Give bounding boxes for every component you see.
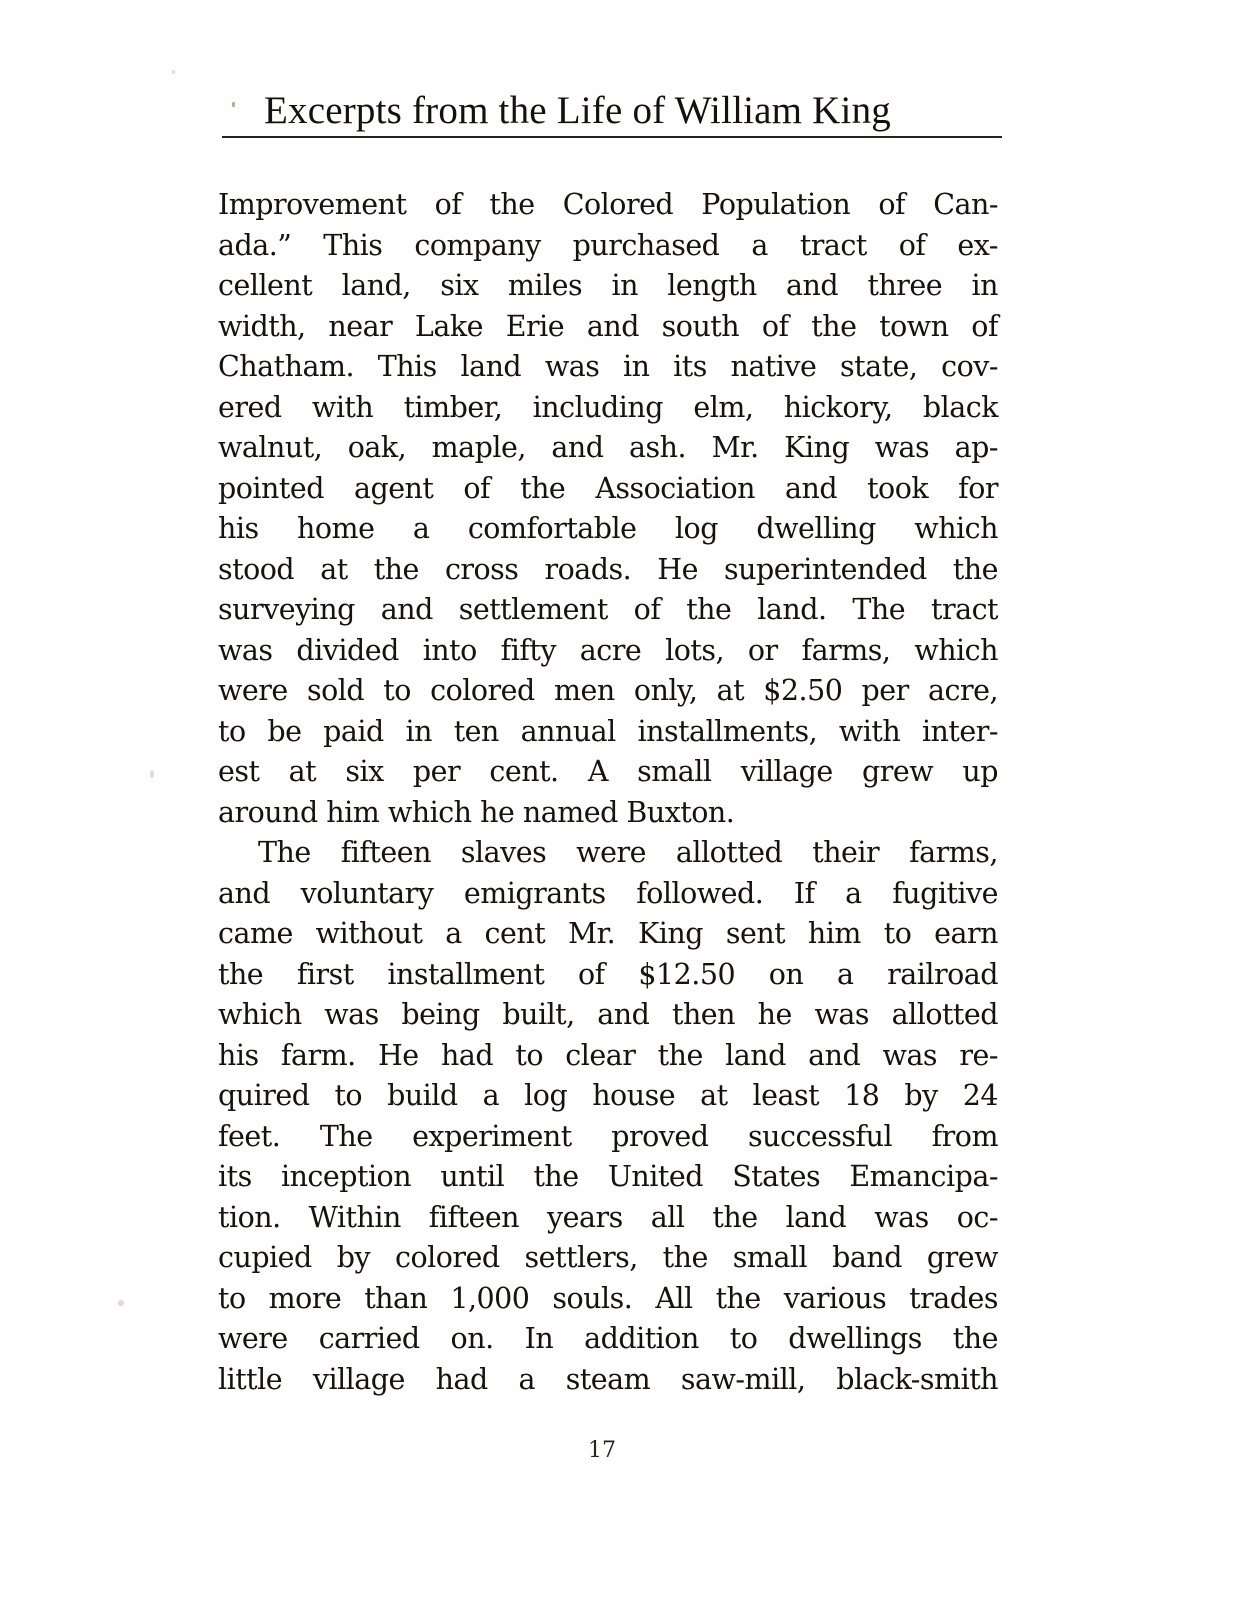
paper-speck bbox=[150, 770, 154, 778]
text-line: was divided into fifty acre lots, or far… bbox=[218, 631, 998, 672]
text-line: to be paid in ten annual installments, w… bbox=[218, 712, 998, 753]
page-number: 17 bbox=[582, 1438, 622, 1463]
paragraph-2: The fifteen slaves were allotted their f… bbox=[218, 833, 998, 1400]
text-line: around him which he named Buxton. bbox=[218, 793, 998, 834]
text-line: ered with timber, including elm, hickory… bbox=[218, 388, 998, 429]
text-line: cellent land, six miles in length and th… bbox=[218, 266, 998, 307]
document-page: Excerpts from the Life of William King I… bbox=[0, 0, 1243, 1598]
text-line: est at six per cent. A small village gre… bbox=[218, 752, 998, 793]
text-line: ada.” This company purchased a tract of … bbox=[218, 226, 998, 267]
text-line: and voluntary emigrants followed. If a f… bbox=[218, 874, 998, 915]
text-line: cupied by colored settlers, the small ba… bbox=[218, 1238, 998, 1279]
paragraph-1: Improvement of the Colored Population of… bbox=[218, 185, 998, 833]
paper-speck bbox=[172, 70, 175, 74]
text-line: stood at the cross roads. He superintend… bbox=[218, 550, 998, 591]
text-line: tion. Within fifteen years all the land … bbox=[218, 1198, 998, 1239]
text-line: to more than 1,000 souls. All the variou… bbox=[218, 1279, 998, 1320]
text-line: which was being built, and then he was a… bbox=[218, 995, 998, 1036]
paper-speck bbox=[118, 1300, 124, 1306]
text-line: feet. The experiment proved successful f… bbox=[218, 1117, 998, 1158]
text-line: its inception until the United States Em… bbox=[218, 1157, 998, 1198]
text-line: the first installment of $12.50 on a rai… bbox=[218, 955, 998, 996]
running-head: Excerpts from the Life of William King bbox=[222, 86, 1002, 142]
text-line: pointed agent of the Association and too… bbox=[218, 469, 998, 510]
text-line: width, near Lake Erie and south of the t… bbox=[218, 307, 998, 348]
text-line: his farm. He had to clear the land and w… bbox=[218, 1036, 998, 1077]
text-line: The fifteen slaves were allotted their f… bbox=[218, 833, 998, 874]
text-line: quired to build a log house at least 18 … bbox=[218, 1076, 998, 1117]
text-line: were carried on. In addition to dwelling… bbox=[218, 1319, 998, 1360]
body-text: Improvement of the Colored Population of… bbox=[218, 185, 998, 1400]
text-line: Improvement of the Colored Population of… bbox=[218, 185, 998, 226]
running-head-title: Excerpts from the Life of William King bbox=[264, 88, 891, 134]
header-rule bbox=[222, 136, 1002, 138]
text-line: Chatham. This land was in its native sta… bbox=[218, 347, 998, 388]
text-line: his home a comfortable log dwelling whic… bbox=[218, 509, 998, 550]
text-line: came without a cent Mr. King sent him to… bbox=[218, 914, 998, 955]
text-line: walnut, oak, maple, and ash. Mr. King wa… bbox=[218, 428, 998, 469]
text-line: surveying and settlement of the land. Th… bbox=[218, 590, 998, 631]
ink-dot bbox=[232, 102, 235, 107]
text-line: were sold to colored men only, at $2.50 … bbox=[218, 671, 998, 712]
text-line: little village had a steam saw-mill, bla… bbox=[218, 1360, 998, 1401]
